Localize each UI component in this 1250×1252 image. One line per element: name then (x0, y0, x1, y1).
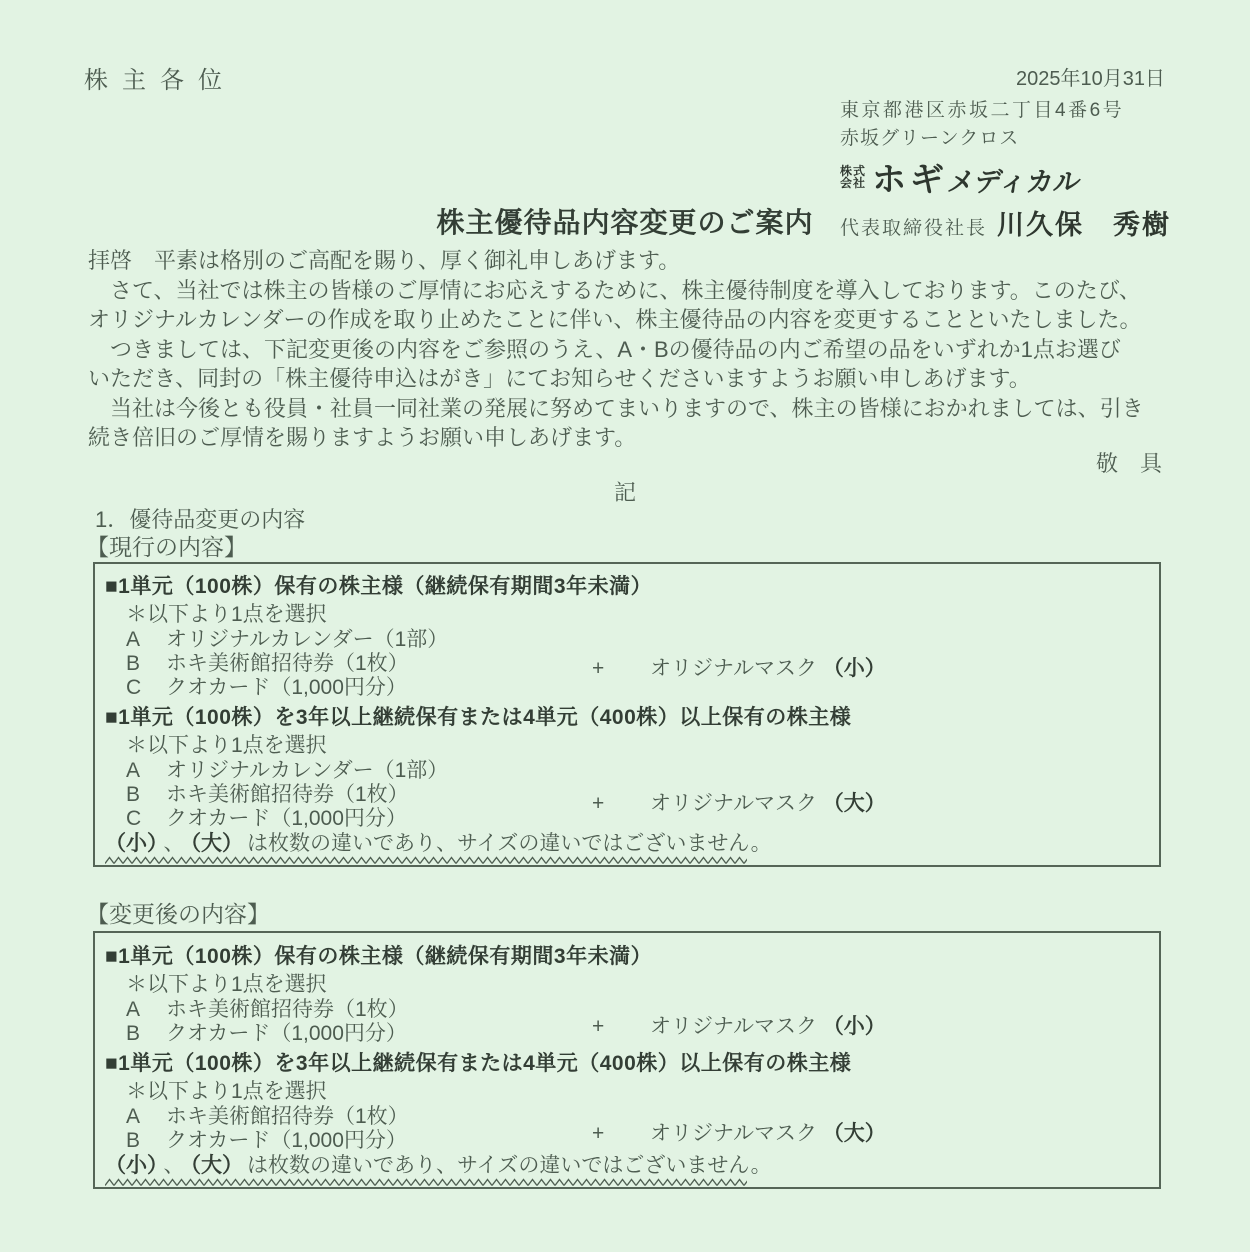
logo-sub-text: メディカル (945, 160, 1083, 199)
option-key: B (126, 783, 166, 807)
bonus-size: （小） (823, 657, 886, 680)
note-rest: は枚数の違いであり、サイズの違いではございません。 (243, 1154, 772, 1177)
bonus-item: オリジナルマスク (650, 1122, 817, 1145)
option-key: A (126, 759, 166, 783)
option-text: クオカード（1,000円分） (166, 807, 407, 830)
option-text: オリジナルカレンダー（1部） (166, 628, 448, 651)
bonus-size: （大） (823, 792, 886, 815)
body-text: 拝啓 平素は格別のご高配を賜り、厚く御礼申しあげます。 さて、当社では株主の皆様… (88, 246, 1173, 453)
option-text: オリジナルカレンダー（1部） (166, 759, 448, 782)
option-key: C (126, 676, 166, 700)
body-line: 当社は今後とも役員・社員一同社業の発展に努めてまいりますので、株主の皆様におかれ… (88, 394, 1173, 424)
bonus-mask-large: +オリジナルマスク （大） (592, 787, 886, 817)
option-row: Aオリジナルカレンダー（1部） (105, 759, 1149, 783)
option-text: クオカード（1,000円分） (166, 1022, 407, 1045)
bonus-mask-small: +オリジナルマスク （小） (592, 652, 886, 682)
note-small: （小） (105, 832, 158, 855)
salutation: 株主各位 (84, 60, 236, 95)
revised-contents-label: 【変更後の内容】 (86, 896, 270, 929)
body-line: 続き倍旧のご厚情を賜りますようお願い申しあげます。 (88, 423, 1173, 453)
group-heading: ■1単元（100株）保有の株主様（継続保有期間3年未満） (105, 943, 1149, 972)
mask-size-note: （小）、（大）は枚数の違いであり、サイズの違いではございません。 (105, 832, 1149, 856)
company-logo: 株式 会社 ホギメディカル (840, 152, 1165, 201)
option-text: ホキ美術館招待券（1枚） (166, 652, 409, 675)
select-note: ＊以下より1点を選択 (105, 602, 1149, 628)
plus-sign: + (592, 657, 650, 681)
note-comma: 、 (158, 1154, 191, 1177)
mask-size-note: （小）、（大）は枚数の違いであり、サイズの違いではございません。 (105, 1154, 1149, 1178)
select-note: ＊以下より1点を選択 (105, 1079, 1149, 1105)
document-date: 2025年10月31日 (840, 62, 1165, 91)
sender-address-line1: 東京都港区赤坂二丁目4番6号 (840, 95, 1165, 122)
select-note: ＊以下より1点を選択 (105, 733, 1149, 759)
bonus-mask-large: +オリジナルマスク （大） (592, 1117, 886, 1147)
company-logotype: ホギメディカル (872, 152, 1081, 201)
note-small: （小） (105, 1154, 158, 1177)
bonus-mask-small: +オリジナルマスク （小） (592, 1010, 886, 1040)
body-line: さて、当社では株主の皆様のご厚情にお応えするために、株主優待制度を導入しておりま… (88, 276, 1173, 306)
option-key: B (126, 1022, 166, 1046)
bonus-item: オリジナルマスク (650, 657, 817, 680)
group-heading: ■1単元（100株）を3年以上継続保有または4単元（400株）以上保有の株主様 (105, 704, 1149, 733)
option-text: クオカード（1,000円分） (166, 1129, 407, 1152)
option-text: ホキ美術館招待券（1枚） (166, 1105, 409, 1128)
select-note: ＊以下より1点を選択 (105, 972, 1149, 998)
body-line: つきましては、下記変更後の内容をご参照のうえ、A・Bの優待品の内ご希望の品をいず… (88, 335, 1173, 365)
plus-sign: + (592, 1122, 650, 1146)
company-prefix: 株式 会社 (840, 165, 866, 189)
plus-sign: + (592, 792, 650, 816)
option-key: A (126, 628, 166, 652)
note-rest: は枚数の違いであり、サイズの違いではございません。 (243, 832, 772, 855)
document-title: 株主優待品内容変更のご案内 (0, 201, 1250, 241)
bonus-size: （小） (823, 1015, 886, 1038)
revised-benefits-box: ■1単元（100株）保有の株主様（継続保有期間3年未満） ＊以下より1点を選択 … (93, 931, 1161, 1189)
group-heading: ■1単元（100株）保有の株主様（継続保有期間3年未満） (105, 573, 1149, 602)
option-key: B (126, 1129, 166, 1153)
wavy-underline (105, 856, 747, 865)
note-large: （大） (191, 832, 244, 855)
body-line: オリジナルカレンダーの作成を取り止めたことに伴い、株主優待品の内容を変更すること… (88, 305, 1173, 335)
plus-sign: + (592, 1015, 650, 1039)
bonus-item: オリジナルマスク (650, 1015, 817, 1038)
option-key: B (126, 652, 166, 676)
closing-keigu: 敬 具 (1096, 447, 1162, 478)
option-key: C (126, 807, 166, 831)
current-benefits-box: ■1単元（100株）保有の株主様（継続保有期間3年未満） ＊以下より1点を選択 … (93, 562, 1161, 867)
option-text: ホキ美術館招待券（1枚） (166, 998, 409, 1021)
option-key: A (126, 998, 166, 1022)
current-contents-label: 【現行の内容】 (86, 529, 247, 562)
shareholder-notice-document: 株主各位 2025年10月31日 東京都港区赤坂二丁目4番6号 赤坂グリーンクロ… (0, 0, 1250, 1252)
option-key: A (126, 1105, 166, 1129)
bonus-item: オリジナルマスク (650, 792, 817, 815)
option-text: ホキ美術館招待券（1枚） (166, 783, 409, 806)
option-text: クオカード（1,000円分） (166, 676, 407, 699)
body-line: いただき、同封の「株主優待申込はがき」にてお知らせくださいますようお願い申しあげ… (88, 364, 1173, 394)
sender-address-line2: 赤坂グリーンクロス (840, 123, 1165, 150)
body-line: 拝啓 平素は格別のご高配を賜り、厚く御礼申しあげます。 (88, 246, 1173, 276)
group-heading: ■1単元（100株）を3年以上継続保有または4単元（400株）以上保有の株主様 (105, 1050, 1149, 1079)
note-comma: 、 (158, 832, 191, 855)
bonus-size: （大） (823, 1122, 886, 1145)
note-large: （大） (191, 1154, 244, 1177)
company-prefix-bottom: 会社 (840, 177, 866, 189)
wavy-underline (105, 1178, 747, 1187)
company-prefix-top: 株式 (840, 165, 866, 177)
option-row: Aオリジナルカレンダー（1部） (105, 628, 1149, 652)
logo-main-text: ホギ (872, 161, 948, 199)
